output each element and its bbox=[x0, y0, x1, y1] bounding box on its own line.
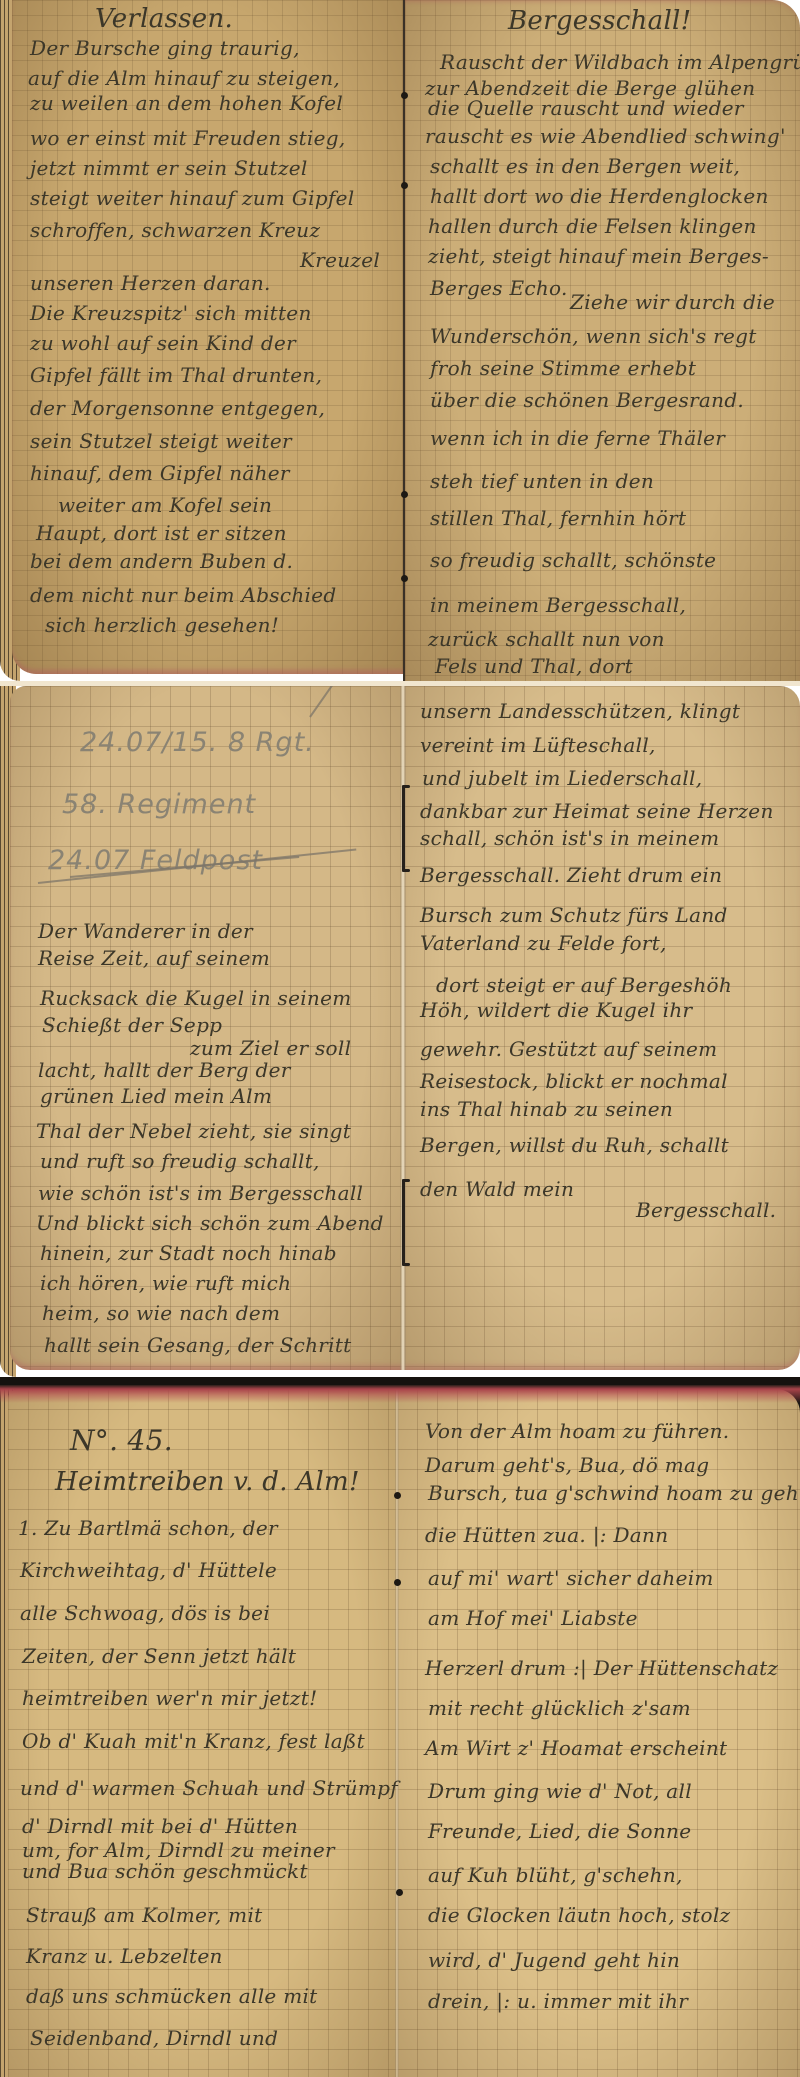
handwritten-line: hallen durch die Felsen klingen bbox=[428, 214, 757, 238]
handwritten-line: Kranz u. Lebzelten bbox=[26, 1944, 223, 1968]
handwritten-line: unsern Landesschützen, klingt bbox=[420, 699, 740, 723]
stitch-hole bbox=[394, 1579, 401, 1586]
handwritten-line: Der Bursche ging traurig, bbox=[30, 36, 300, 60]
handwritten-line: Reisestock, blickt er nochmal bbox=[420, 1069, 728, 1093]
handwritten-line: die Glocken läutn hoch, stolz bbox=[428, 1903, 730, 1927]
handwritten-line: und jubelt im Liederschall, bbox=[422, 766, 702, 790]
handwritten-line: bei dem andern Buben d. bbox=[30, 549, 293, 573]
handwritten-line: zum Ziel er soll bbox=[190, 1036, 351, 1060]
handwritten-line: Kirchweihtag, d' Hüttele bbox=[20, 1558, 277, 1582]
handwritten-line: sich herzlich gesehen! bbox=[45, 613, 279, 637]
notebook-scan-2: 24.07/15. 8 Rgt. 58. Regiment 24.07 Feld… bbox=[0, 686, 800, 1377]
handwritten-line: hinein, zur Stadt noch hinab bbox=[40, 1241, 337, 1265]
handwritten-line: Ziehe wir durch die bbox=[570, 290, 775, 314]
song-number: N°. 45. bbox=[70, 1425, 173, 1457]
handwritten-line: Reise Zeit, auf seinem bbox=[38, 946, 270, 970]
handwritten-line: Und blickt sich schön zum Abend bbox=[36, 1211, 384, 1235]
handwritten-line: Bergen, willst du Ruh, schallt bbox=[420, 1133, 729, 1157]
handwritten-line: Rauscht der Wildbach im Alpengrün bbox=[440, 50, 800, 74]
handwritten-line: Vaterland zu Felde fort, bbox=[420, 931, 667, 955]
handwritten-line: Die Kreuzspitz' sich mitten bbox=[30, 301, 312, 325]
handwritten-line: Von der Alm hoam zu führen. bbox=[425, 1419, 729, 1443]
stitch-hole bbox=[401, 182, 408, 189]
handwritten-line: drein, |: u. immer mit ihr bbox=[428, 1989, 688, 2013]
handwritten-line: hallt dort wo die Herdenglocken bbox=[430, 184, 769, 208]
handwritten-line: den Wald mein bbox=[420, 1177, 574, 1201]
stitch-hole bbox=[394, 1492, 401, 1499]
handwritten-line: weiter am Kofel sein bbox=[58, 493, 272, 517]
handwritten-line: Bergesschall. Zieht drum ein bbox=[420, 863, 722, 887]
handwritten-line: steh tief unten in den bbox=[430, 469, 654, 493]
page-heading: Verlassen. bbox=[95, 4, 233, 34]
handwritten-line: auf die Alm hinauf zu steigen, bbox=[28, 66, 340, 90]
handwritten-line: dankbar zur Heimat seine Herzen bbox=[420, 799, 774, 823]
handwritten-line: zurück schallt nun von bbox=[428, 627, 665, 651]
handwritten-line: vereint im Lüfteschall, bbox=[420, 733, 656, 757]
handwritten-line: froh seine Stimme erhebt bbox=[430, 356, 696, 380]
handwritten-line: grünen Lied mein Alm bbox=[40, 1084, 272, 1108]
handwritten-line: Kreuzel bbox=[300, 248, 380, 272]
handwritten-line: Darum geht's, Bua, dö mag bbox=[425, 1453, 709, 1477]
handwritten-line: jetzt nimmt er sein Stutzel bbox=[30, 156, 308, 180]
handwritten-line: rauscht es wie Abendlied schwing' bbox=[425, 124, 786, 148]
staple bbox=[402, 785, 405, 872]
handwritten-line: zu wohl auf sein Kind der bbox=[30, 331, 296, 355]
handwritten-line: der Morgensonne entgegen, bbox=[30, 396, 325, 420]
handwritten-line: daß uns schmücken alle mit bbox=[26, 1984, 318, 2008]
handwritten-line: Seidenband, Dirndl und bbox=[30, 2026, 278, 2050]
staple bbox=[402, 1179, 405, 1266]
stitch-hole bbox=[401, 491, 408, 498]
stitch-hole bbox=[401, 92, 408, 99]
page-heading: Bergesschall! bbox=[508, 6, 691, 36]
handwritten-line: Bursch, tua g'schwind hoam zu gehn bbox=[428, 1481, 800, 1505]
handwritten-line: Thal der Nebel zieht, sie singt bbox=[36, 1119, 351, 1143]
stitch-hole bbox=[396, 1889, 403, 1896]
handwritten-line: wird, d' Jugend geht hin bbox=[428, 1948, 680, 1972]
handwritten-line: über die schönen Bergesrand. bbox=[430, 388, 744, 412]
handwritten-line: wo er einst mit Freuden stieg, bbox=[30, 126, 346, 150]
red-page-edge bbox=[0, 1385, 800, 1403]
handwritten-line: steigt weiter hinauf zum Gipfel bbox=[30, 186, 354, 210]
handwritten-line: Bergesschall. bbox=[636, 1198, 776, 1222]
handwritten-line: unseren Herzen daran. bbox=[30, 271, 271, 295]
handwritten-line: Strauß am Kolmer, mit bbox=[26, 1903, 263, 1927]
handwritten-line: stillen Thal, fernhin hört bbox=[430, 506, 686, 530]
notebook-scan-3: N°. 45. Heimtreiben v. d. Alm! 1. Zu Bar… bbox=[0, 1385, 800, 2077]
handwritten-line: zieht, steigt hinauf mein Berges- bbox=[428, 244, 769, 268]
handwritten-line: Schießt der Sepp bbox=[42, 1013, 222, 1037]
handwritten-line: Höh, wildert die Kugel ihr bbox=[420, 998, 692, 1022]
handwritten-line: in meinem Bergesschall, bbox=[430, 593, 686, 617]
handwritten-line: sein Stutzel steigt weiter bbox=[30, 429, 292, 453]
handwritten-line: Gipfel fällt im Thal drunten, bbox=[30, 363, 322, 387]
handwritten-line: schallt es in den Bergen weit, bbox=[430, 154, 740, 178]
handwritten-line: ins Thal hinab zu seinen bbox=[420, 1097, 673, 1121]
handwritten-line: heimtreiben wer'n mir jetzt! bbox=[22, 1686, 317, 1710]
handwritten-line: heim, so wie nach dem bbox=[42, 1301, 280, 1325]
handwritten-line: Fels und Thal, dort bbox=[435, 654, 633, 678]
page-heading: Heimtreiben v. d. Alm! bbox=[55, 1467, 360, 1497]
handwritten-line: Am Wirt z' Hoamat erscheint bbox=[425, 1736, 727, 1760]
pencil-note: 58. Regiment bbox=[62, 790, 256, 820]
handwritten-line: gewehr. Gestützt auf seinem bbox=[420, 1037, 717, 1061]
handwritten-line: schroffen, schwarzen Kreuz bbox=[30, 218, 320, 242]
handwritten-line: die Hütten zua. |: Dann bbox=[425, 1523, 668, 1547]
handwritten-line: Freunde, Lied, die Sonne bbox=[428, 1819, 691, 1843]
handwritten-line: Herzerl drum :| Der Hüttenschatz bbox=[425, 1656, 778, 1680]
handwritten-line: Bursch zum Schutz fürs Land bbox=[420, 903, 728, 927]
notebook-scan-1: Verlassen. Der Bursche ging traurig, auf… bbox=[0, 0, 800, 681]
handwritten-line: auf mi' wart' sicher daheim bbox=[428, 1566, 714, 1590]
handwritten-line: Wunderschön, wenn sich's regt bbox=[430, 324, 757, 348]
handwritten-line: auf Kuh blüht, g'schehn, bbox=[428, 1863, 683, 1887]
handwritten-line: hallt sein Gesang, der Schritt bbox=[44, 1333, 352, 1357]
handwritten-line: die Quelle rauscht und wieder bbox=[428, 96, 744, 120]
handwritten-line: hinauf, dem Gipfel näher bbox=[30, 461, 290, 485]
pencil-note: 24.07/15. 8 Rgt. bbox=[80, 728, 315, 758]
handwritten-line: zu weilen an dem hohen Kofel bbox=[30, 91, 343, 115]
handwritten-line: schall, schön ist's in meinem bbox=[420, 826, 719, 850]
stitch-hole bbox=[401, 575, 408, 582]
handwritten-line: Drum ging wie d' Not, all bbox=[428, 1779, 692, 1803]
handwritten-line: wie schön ist's im Bergesschall bbox=[38, 1181, 363, 1205]
handwritten-line: am Hof mei' Liabste bbox=[428, 1606, 638, 1630]
handwritten-line: wenn ich in die ferne Thäler bbox=[430, 426, 725, 450]
handwritten-line: dem nicht nur beim Abschied bbox=[30, 583, 336, 607]
handwritten-line: 1. Zu Bartlmä schon, der bbox=[18, 1516, 278, 1540]
handwritten-line: lacht, hallt der Berg der bbox=[38, 1058, 291, 1082]
handwritten-line: mit recht glücklich z'sam bbox=[428, 1696, 691, 1720]
handwritten-line: und ruft so freudig schallt, bbox=[40, 1149, 320, 1173]
handwritten-line: Ob d' Kuah mit'n Kranz, fest laßt bbox=[22, 1729, 365, 1753]
handwritten-line: so freudig schallt, schönste bbox=[430, 548, 716, 572]
handwritten-line: Berges Echo. bbox=[430, 276, 568, 300]
handwritten-line: Rucksack die Kugel in seinem bbox=[40, 986, 352, 1010]
handwritten-line: Haupt, dort ist er sitzen bbox=[36, 521, 287, 545]
handwritten-line: Der Wanderer in der bbox=[38, 919, 253, 943]
handwritten-line: alle Schwoag, dös is bei bbox=[20, 1601, 270, 1625]
handwritten-line: dort steigt er auf Bergeshöh bbox=[436, 973, 732, 997]
handwritten-line: ich hören, wie ruft mich bbox=[40, 1271, 291, 1295]
handwritten-line: d' Dirndl mit bei d' Hütten bbox=[22, 1814, 298, 1838]
handwritten-line: und Bua schön geschmückt bbox=[22, 1859, 308, 1883]
handwritten-line: und d' warmen Schuah und Strümpf bbox=[20, 1776, 398, 1800]
handwritten-line: Zeiten, der Senn jetzt hält bbox=[22, 1644, 296, 1668]
scan-separator bbox=[0, 1377, 800, 1385]
